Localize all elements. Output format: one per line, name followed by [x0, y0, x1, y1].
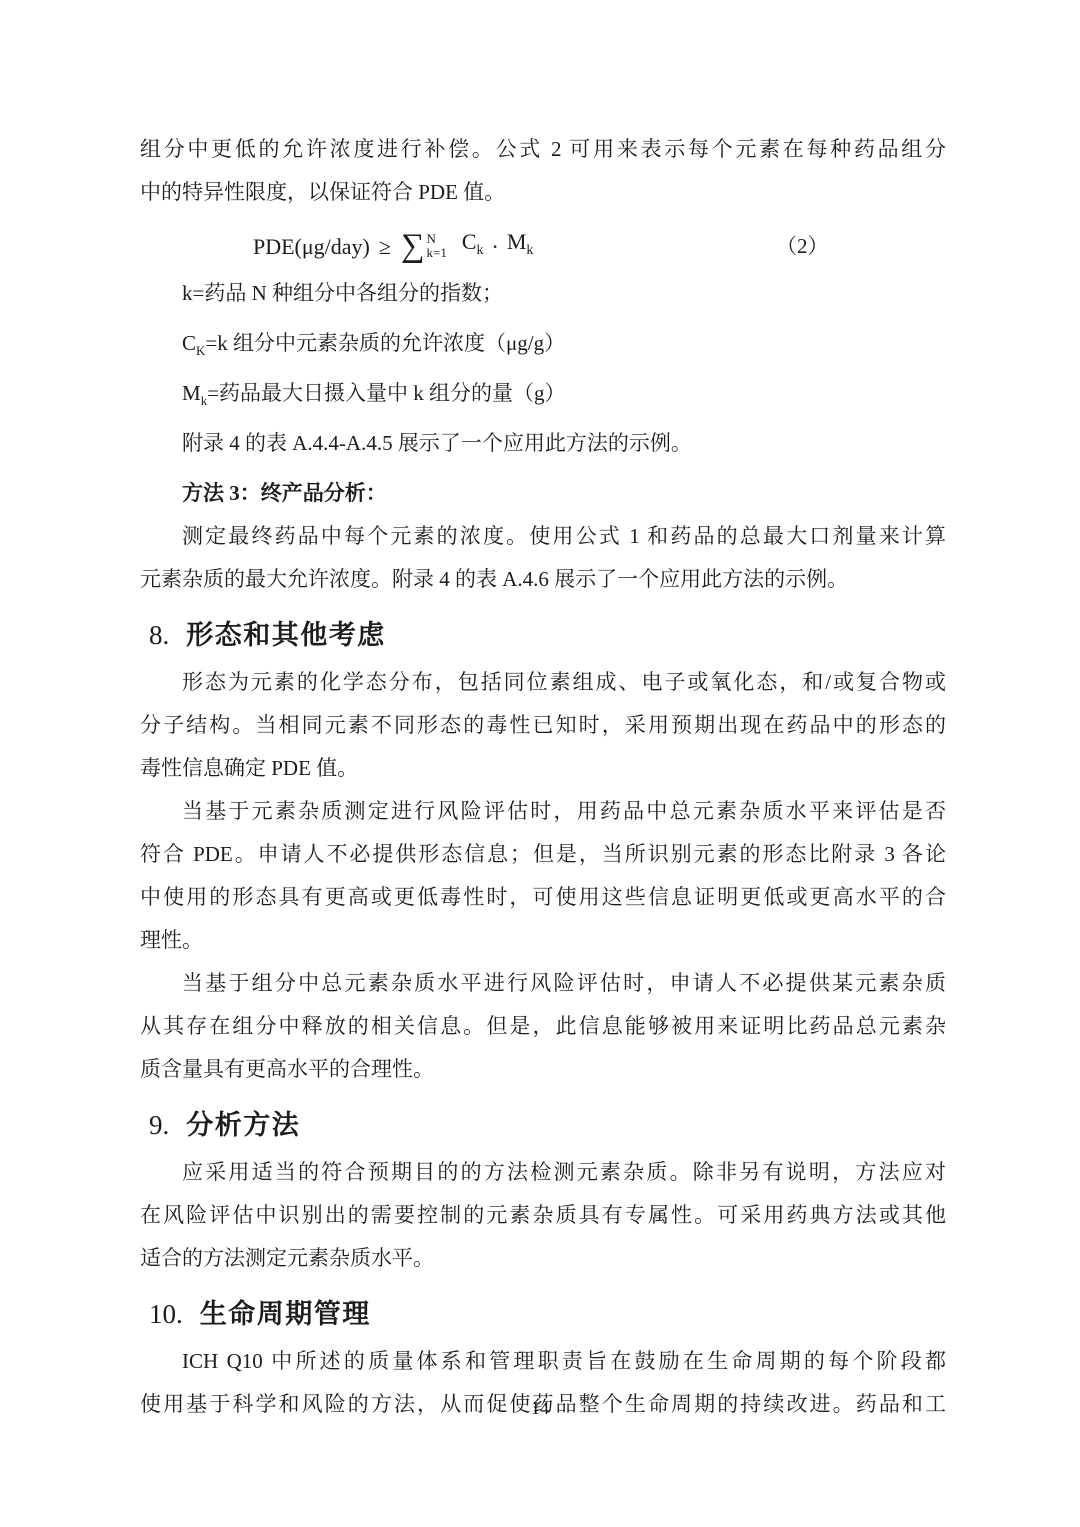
text-line: 当基于元素杂质测定进行风险评估时，用药品中总元素杂质水平来评估是否 [140, 790, 946, 833]
paragraph-intro: 组分中更低的允许浓度进行补偿。公式 2 可用来表示每个元素在每种药品组分 中的特… [140, 128, 946, 214]
paragraph-s9-1: 应采用适当的符合预期目的的方法检测元素杂质。除非另有说明，方法应对 在风险评估中… [140, 1151, 946, 1280]
section-10-heading: 10.生命周期管理 [140, 1290, 946, 1338]
text-line: 应采用适当的符合预期目的的方法检测元素杂质。除非另有说明，方法应对 [140, 1151, 946, 1194]
paragraph-s8-3: 当基于组分中总元素杂质水平进行风险评估时，申请人不必提供某元素杂质 从其存在组分… [140, 962, 946, 1091]
text-line: 测定最终药品中每个元素的浓度。使用公式 1 和药品的总最大口剂量来计算 [140, 515, 946, 558]
term-m: Mk [507, 220, 534, 272]
text-line: 符合 PDE。申请人不必提供形态信息；但是，当所识别元素的形态比附录 3 各论 [140, 833, 946, 876]
text-line: 中使用的形态具有更高或更低毒性时，可使用这些信息证明更低或更高水平的合 [140, 876, 946, 919]
section-9-number: 9. [140, 1110, 169, 1140]
text-line: 从其存在组分中释放的相关信息。但是，此信息能够被用来证明比药品总元素杂 [140, 1005, 946, 1048]
section-8-title: 形态和其他考虑 [186, 620, 386, 650]
section-9-heading: 9.分析方法 [140, 1101, 946, 1149]
text-line: 毒性信息确定 PDE 值。 [140, 747, 946, 790]
term-c-subscript: k [477, 243, 484, 258]
text-line: 适合的方法测定元素杂质水平。 [140, 1237, 946, 1280]
sigma-lower-limit: k=1 [427, 246, 447, 260]
text-line: 元素杂质的最大允许浓度。附录 4 的表 A.4.6 展示了一个应用此方法的示例。 [140, 558, 946, 601]
page-content: 组分中更低的允许浓度进行补偿。公式 2 可用来表示每个元素在每种药品组分 中的特… [140, 128, 946, 1426]
text-line: 形态为元素的化学态分布，包括同位素组成、电子或氧化态，和/或复合物或 [140, 661, 946, 704]
equation-number: （2） [776, 220, 829, 272]
text-line: 分子结构。当相同元素不同形态的毒性已知时，采用预期出现在药品中的形态的 [140, 704, 946, 747]
geq-operator: ≥ [379, 225, 391, 268]
text-line: 质含量具有更高水平的合理性。 [140, 1048, 946, 1091]
paragraph-s8-2: 当基于元素杂质测定进行风险评估时，用药品中总元素杂质水平来评估是否 符合 PDE… [140, 790, 946, 962]
variable-definitions: k=药品 N 种组分中各组分的指数； CK=k 组分中元素杂质的允许浓度（μg/… [140, 272, 946, 472]
term-m-subscript: k [526, 243, 533, 258]
definition-line: k=药品 N 种组分中各组分的指数； [140, 272, 946, 322]
summation-symbol: ∑ N k=1 [401, 230, 447, 263]
section-10-title: 生命周期管理 [200, 1299, 371, 1329]
paragraph-method3: 测定最终药品中每个元素的浓度。使用公式 1 和药品的总最大口剂量来计算 元素杂质… [140, 515, 946, 601]
sigma-limits: N k=1 [427, 232, 447, 260]
equation-lhs: PDE(μg/day) [253, 225, 370, 268]
definition-line: Mk=药品最大日摄入量中 k 组分的量（g） [140, 372, 946, 422]
text-line: 在风险评估中识别出的需要控制的元素杂质具有专属性。可采用药典方法或其他 [140, 1194, 946, 1237]
definition-line: 附录 4 的表 A.4.4-A.4.5 展示了一个应用此方法的示例。 [140, 422, 946, 472]
section-8-number: 8. [140, 620, 169, 650]
section-9-title: 分析方法 [186, 1110, 300, 1140]
multiplication-dot: · [492, 225, 499, 268]
page-number: 14 [0, 1398, 1080, 1419]
document-page: 组分中更低的允许浓度进行补偿。公式 2 可用来表示每个元素在每种药品组分 中的特… [0, 0, 1080, 1527]
text-line: 中的特异性限度，以保证符合 PDE 值。 [140, 171, 946, 214]
text-line: 组分中更低的允许浓度进行补偿。公式 2 可用来表示每个元素在每种药品组分 [140, 128, 946, 171]
section-8-heading: 8.形态和其他考虑 [140, 611, 946, 659]
text-line: ICH Q10 中所述的质量体系和管理职责旨在鼓励在生命周期的每个阶段都 [140, 1340, 946, 1383]
sigma-upper-limit: N [427, 232, 447, 246]
text-line: 当基于组分中总元素杂质水平进行风险评估时，申请人不必提供某元素杂质 [140, 962, 946, 1005]
sigma-glyph: ∑ [401, 230, 425, 263]
section-10-number: 10. [140, 1299, 183, 1329]
term-c: Ck [462, 220, 484, 272]
equation-2: PDE(μg/day) ≥ ∑ N k=1 Ck · Mk （2） [140, 220, 946, 272]
definition-line: CK=k 组分中元素杂质的允许浓度（μg/g） [140, 322, 946, 372]
text-line: 理性。 [140, 919, 946, 962]
method3-heading: 方法 3：终产品分析： [140, 472, 946, 515]
paragraph-s8-1: 形态为元素的化学态分布，包括同位素组成、电子或氧化态，和/或复合物或 分子结构。… [140, 661, 946, 790]
